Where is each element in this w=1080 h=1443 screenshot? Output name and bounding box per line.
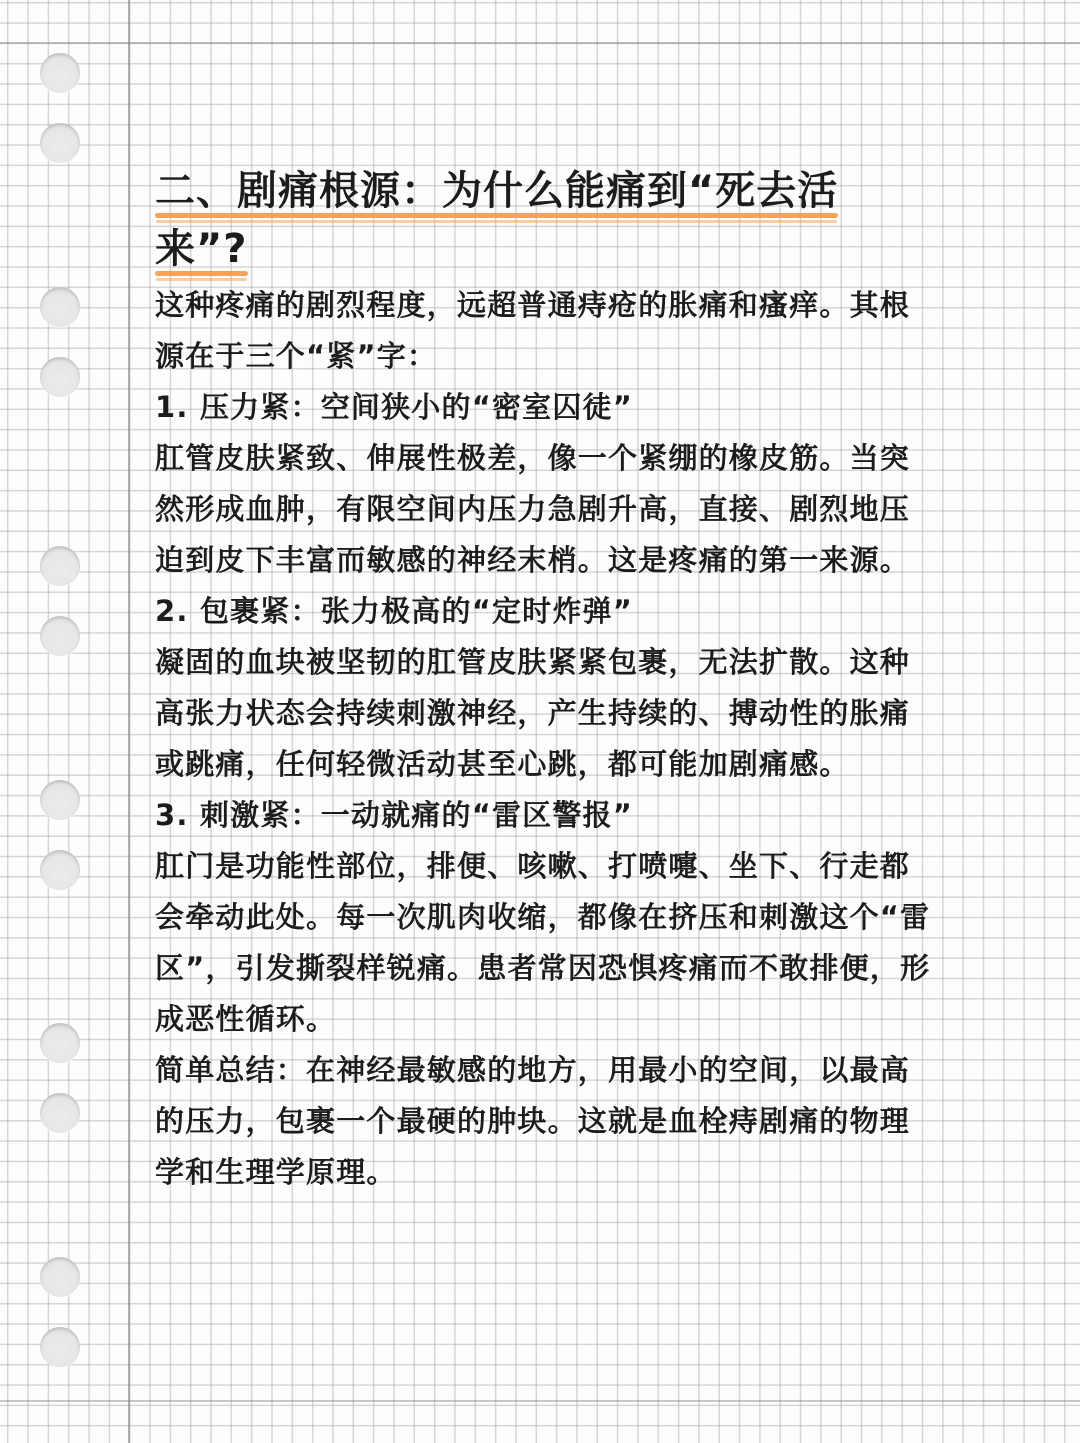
binder-hole [40, 1023, 80, 1063]
binder-hole [40, 616, 80, 656]
binder-hole [40, 1327, 80, 1367]
notebook-margin-line [128, 0, 130, 1443]
section-text-3: 肛门是功能性部位，排便、咳嗽、打喷嚏、坐下、行走都会牵动此处。每一次肌肉收缩，都… [155, 841, 935, 1045]
title-line-2: 来”? [155, 226, 248, 272]
binder-hole [40, 780, 80, 820]
section-text-2: 凝固的血块被坚韧的肛管皮肤紧紧包裹，无法扩散。这种高张力状态会持续刺激神经，产生… [155, 637, 935, 790]
binder-hole [40, 1093, 80, 1133]
binder-hole [40, 53, 80, 93]
binder-hole [40, 357, 80, 397]
title-line-highlighted: 来”? [155, 220, 248, 278]
section-heading-1: 1. 压力紧：空间狭小的“密室囚徒” [155, 382, 935, 433]
section-text-1: 肛管皮肤紧致、伸展性极差，像一个紧绷的橡皮筋。当突然形成血肿，有限空间内压力急剧… [155, 433, 935, 586]
title-line-1: 二、剧痛根源：为什么能痛到“死去活 [155, 168, 838, 214]
grid-major-line-top [0, 42, 1080, 44]
binder-hole [40, 123, 80, 163]
binder-hole [40, 546, 80, 586]
page-title: 二、剧痛根源：为什么能痛到“死去活 来”? [155, 162, 935, 278]
section-heading-3: 3. 刺激紧：一动就痛的“雷区警报” [155, 790, 935, 841]
section-heading-2: 2. 包裹紧：张力极高的“定时炸弹” [155, 586, 935, 637]
note-content: 二、剧痛根源：为什么能痛到“死去活 来”? 这种疼痛的剧烈程度，远超普通痔疮的胀… [155, 162, 935, 1198]
title-line-highlighted: 二、剧痛根源：为什么能痛到“死去活 [155, 162, 838, 220]
binder-hole [40, 287, 80, 327]
binder-hole [40, 1257, 80, 1297]
summary-paragraph: 简单总结：在神经最敏感的地方，用最小的空间，以最高的压力，包裹一个最硬的肿块。这… [155, 1045, 935, 1198]
intro-paragraph: 这种疼痛的剧烈程度，远超普通痔疮的胀痛和瘙痒。其根源在于三个“紧”字： [155, 280, 935, 382]
grid-major-line-bottom [0, 1400, 1080, 1402]
binder-hole [40, 850, 80, 890]
